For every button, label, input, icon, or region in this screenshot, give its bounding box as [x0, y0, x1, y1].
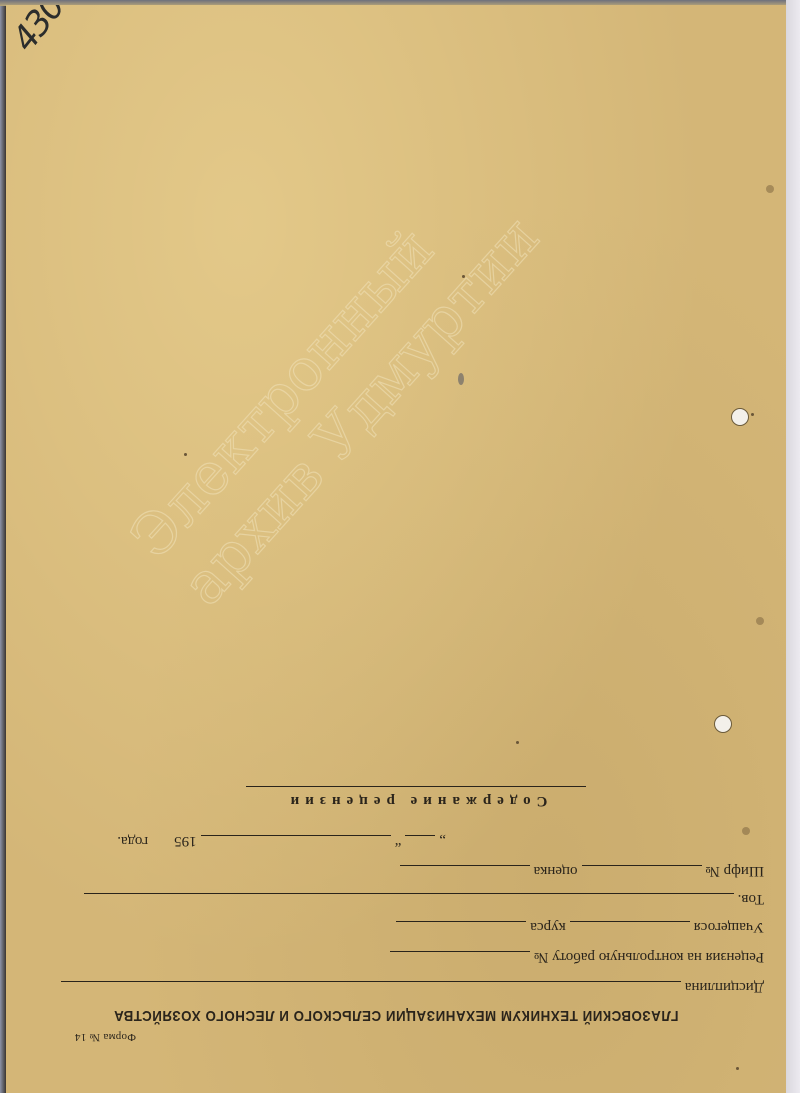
review-content-title: Содержание рецензии: [246, 792, 586, 809]
discipline-field: Дисциплина: [57, 978, 764, 995]
date-open-quote: „: [439, 832, 446, 849]
course-blank-line: [396, 921, 526, 923]
student-blank-line: [570, 921, 690, 923]
cipher-grade-field: Шифр № оценка: [396, 862, 764, 879]
grade-label: оценка: [534, 862, 578, 879]
date-close-quote: “: [395, 832, 402, 849]
course-label: курса: [530, 918, 566, 935]
comrade-field: Тов.: [80, 890, 764, 907]
year-prefix: 195: [174, 832, 197, 849]
form-content-upside-down: Форма № 14 ГЛАЗОВСКИЙ ТЕХНИКУМ МЕХАНИЗАЦ…: [6, 5, 786, 1093]
cipher-label: Шифр №: [706, 862, 764, 879]
comrade-label: Тов.: [738, 890, 764, 907]
discipline-blank-line: [61, 981, 681, 983]
review-content-rule: [246, 786, 586, 787]
review-number-field: Рецензия на контрольную работу №: [386, 948, 764, 965]
cipher-blank-line: [582, 865, 702, 867]
institution-header: ГЛАЗОВСКИЙ ТЕХНИКУМ МЕХАНИЗАЦИИ СЕЛЬСКОГ…: [37, 1007, 755, 1023]
discipline-label: Дисциплина: [685, 978, 764, 995]
grade-blank-line: [400, 865, 530, 867]
review-label: Рецензия на контрольную работу №: [534, 948, 764, 965]
comrade-blank-line: [84, 893, 734, 895]
form-number: Форма № 14: [75, 1031, 136, 1043]
paper-sheet: 430б Форма № 14 ГЛАЗОВСКИЙ ТЕХНИКУМ МЕХА…: [6, 5, 786, 1093]
scanner-right-edge: [786, 0, 800, 1093]
year-suffix: года.: [117, 832, 148, 849]
student-label: Учащегося: [694, 918, 764, 935]
review-number-blank-line: [390, 951, 530, 953]
day-blank-line: [405, 835, 435, 837]
month-blank-line: [201, 835, 391, 837]
date-field: „ “ 195 года.: [117, 832, 446, 849]
student-course-field: Учащегося курса: [392, 918, 764, 935]
